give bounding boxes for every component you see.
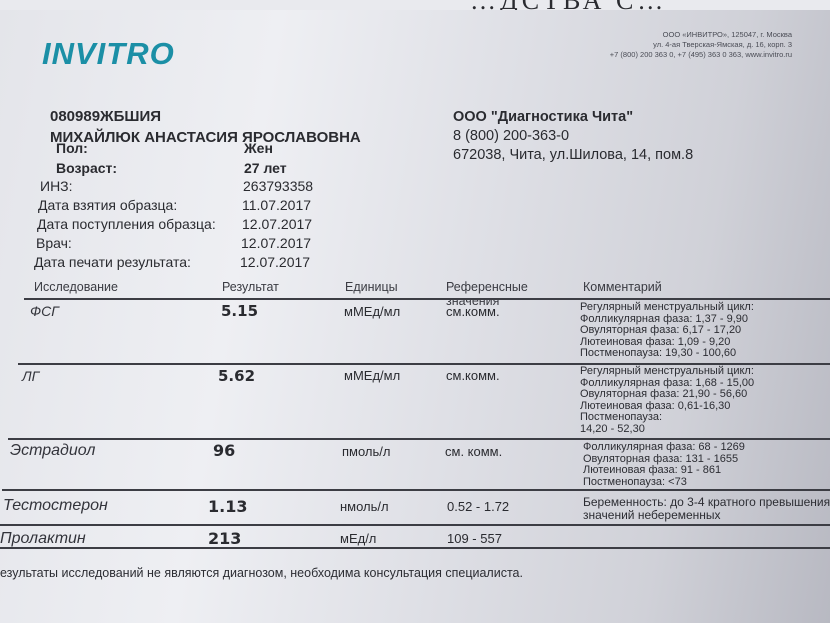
field-label: Пол:: [56, 140, 88, 156]
field-value: 12.07.2017: [242, 216, 312, 232]
field-label: Врач:: [36, 235, 72, 251]
test-result: 1.13: [208, 497, 247, 516]
col-header-test: Исследование: [34, 280, 118, 294]
test-comment: Фолликулярная фаза: 68 - 1269 Овуляторна…: [583, 442, 745, 488]
lab-address: 672038, Чита, ул.Шилова, 14, пом.8: [453, 146, 693, 165]
row-divider: [8, 438, 830, 440]
test-result: 5.15: [221, 302, 258, 320]
test-name: Эстрадиол: [10, 442, 95, 460]
row-divider: [24, 298, 830, 300]
lab-report-sheet: INVITRO ООО «ИНВИТРО», 125047, г. Москва…: [0, 10, 830, 623]
company-info: ООО «ИНВИТРО», 125047, г. Москва ул. 4-а…: [610, 30, 792, 60]
test-comment: Регулярный менструальный цикл: Фолликуля…: [580, 302, 754, 360]
company-line: ул. 4-ая Тверская-Ямская, д. 16, корп. 3: [610, 40, 792, 50]
lab-phone: 8 (800) 200-363-0: [453, 127, 693, 146]
test-reference: 0.52 - 1.72: [447, 499, 509, 514]
field-value: 12.07.2017: [241, 235, 311, 251]
test-name: Пролактин: [0, 530, 86, 548]
col-header-comment: Комментарий: [583, 280, 662, 294]
test-units: мМЕд/мл: [344, 304, 400, 319]
col-header-units: Единицы: [345, 280, 398, 294]
row-divider: [2, 489, 830, 491]
test-reference: см.комм.: [446, 304, 500, 319]
lab-info: ООО "Диагностика Чита" 8 (800) 200-363-0…: [453, 108, 693, 165]
test-comment: Регулярный менструальный цикл: Фолликуля…: [580, 366, 754, 435]
field-value: 27 лет: [244, 160, 287, 176]
test-result: 5.62: [218, 367, 255, 385]
patient-name: МИХАЙЛЮК АНАСТАСИЯ ЯРОСЛАВОВНА: [50, 129, 361, 146]
test-units: мМЕд/мл: [344, 368, 400, 383]
row-divider: [0, 547, 830, 549]
row-divider: [0, 524, 830, 526]
test-name: Тестостерон: [3, 497, 108, 515]
field-label: Возраст:: [56, 160, 117, 176]
test-result: 96: [213, 441, 235, 460]
test-units: мЕд/л: [340, 531, 376, 546]
field-label: Дата поступления образца:: [37, 216, 216, 232]
test-units: нмоль/л: [340, 499, 389, 514]
field-label: Дата взятия образца:: [38, 197, 177, 213]
test-reference: см. комм.: [445, 444, 502, 459]
test-comment: Беременность: до 3-4 кратного превышения…: [583, 496, 830, 522]
disclaimer: езультаты исследований не являются диагн…: [0, 566, 523, 580]
test-reference: 109 - 557: [447, 531, 502, 546]
company-line: ООО «ИНВИТРО», 125047, г. Москва: [610, 30, 792, 40]
field-value: 263793358: [243, 178, 313, 194]
field-value: Жен: [244, 140, 273, 156]
test-units: пмоль/л: [342, 444, 390, 459]
field-label: ИНЗ:: [40, 178, 73, 194]
lab-name: ООО "Диагностика Чита": [453, 108, 693, 127]
field-label: Дата печати результата:: [34, 254, 191, 270]
test-name: ФСГ: [30, 303, 59, 319]
test-result: 213: [208, 529, 241, 548]
test-reference: см.комм.: [446, 368, 500, 383]
test-name: ЛГ: [22, 368, 39, 384]
col-header-result: Результат: [222, 280, 279, 294]
patient-id: 080989ЖБШИЯ: [50, 108, 161, 125]
company-line: +7 (800) 200 363 0, +7 (495) 363 0 363, …: [610, 50, 792, 60]
field-value: 11.07.2017: [242, 197, 311, 213]
invitro-logo: INVITRO: [42, 36, 175, 72]
field-value: 12.07.2017: [240, 254, 310, 270]
